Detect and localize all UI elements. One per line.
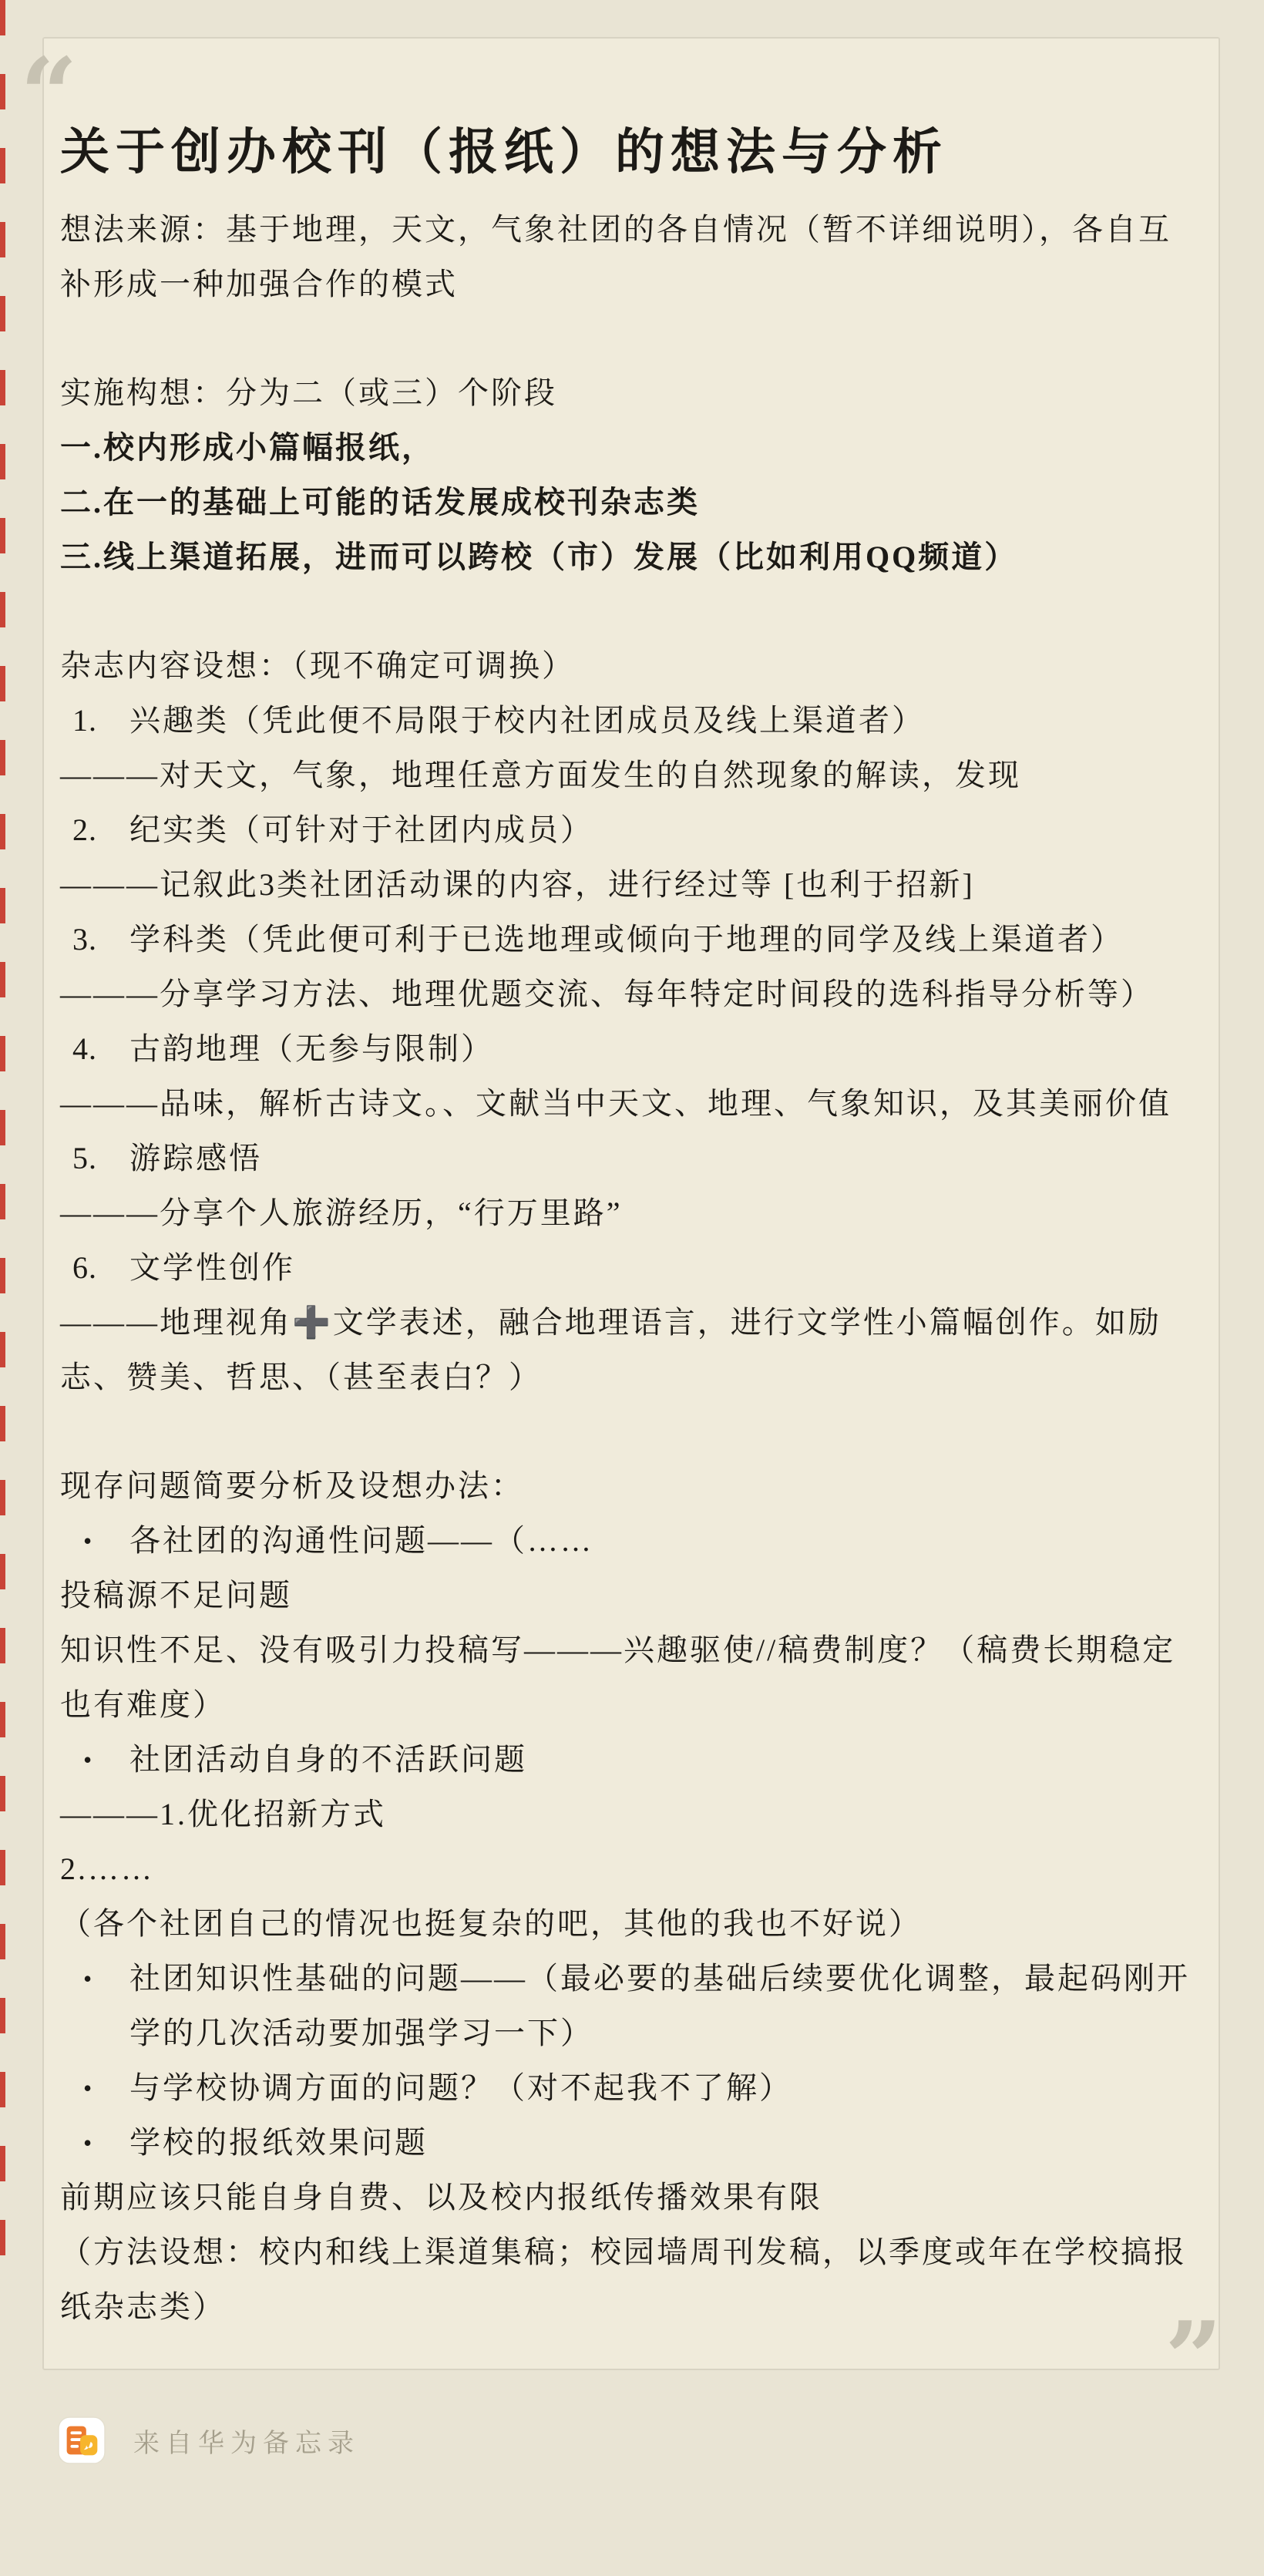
line-text: 古韵地理（无参与限制） (129, 1031, 494, 1066)
line-text: 知识性不足、没有吸引力投稿写———兴趣驱使//稿费制度？（稿费长期稳定也有难度） (60, 1633, 1175, 1722)
line-text: 想法来源：基于地理，天文，气象社团的各自情况（暂不详细说明），各自互补形成一种加… (60, 212, 1172, 301)
line-text: 投稿源不足问题 (60, 1578, 292, 1613)
line-text: 二.在一的基础上可能的话发展成校刊杂志类 (60, 485, 700, 520)
note-line: ———品味，解析古诗文。、文献当中天文、地理、气象知识，及其美丽价值 (60, 1076, 1202, 1131)
note-line: ———1.优化招新方式 (60, 1787, 1202, 1841)
note-line: 三.线上渠道拓展，进而可以跨校（市）发展（比如利用QQ频道） (60, 530, 1202, 584)
note-line: ———对天文，气象，地理任意方面发生的自然现象的解读，发现 (60, 748, 1202, 802)
note-line: 3.学科类（凭此便可利于已选地理或倾向于地理的同学及线上渠道者） (60, 912, 1202, 967)
line-text: 社团活动自身的不活跃问题 (129, 1742, 527, 1777)
red-edge-indicator (0, 0, 5, 2274)
line-text: （方法设想：校内和线上渠道集稿；校园墙周刊发稿，以季度或年在学校搞报纸杂志类） (60, 2235, 1187, 2324)
note-line: 4.古韵地理（无参与限制） (60, 1021, 1202, 1076)
note-line: 实施构想：分为二（或三）个阶段 (60, 365, 1202, 420)
bullet-icon: • (83, 2061, 94, 2116)
note-line: •各社团的沟通性问题——（…… (60, 1513, 1202, 1568)
line-text: 一.校内形成小篇幅报纸， (60, 430, 435, 465)
note-line: 1.兴趣类（凭此便不局限于校内社团成员及线上渠道者） (60, 693, 1202, 748)
line-text: （各个社团自己的情况也挺复杂的吧，其他的我也不好说） (60, 1906, 922, 1941)
line-text: 杂志内容设想：（现不确定可调换） (60, 648, 575, 683)
note-line: 2.…… (60, 1841, 1202, 1896)
bullet-icon: • (83, 2116, 94, 2171)
note-line (60, 1404, 1202, 1458)
note-line: 前期应该只能自身自费、以及校内报纸传播效果有限 (60, 2170, 1202, 2225)
line-text: 学科类（凭此便可利于已选地理或倾向于地理的同学及线上渠道者） (129, 922, 1124, 957)
line-text: 与学校协调方面的问题？（对不起我不了解） (129, 2070, 792, 2105)
line-text: 2.…… (60, 1851, 154, 1886)
note-line: 现存问题简要分析及设想办法： (60, 1458, 1202, 1513)
line-text: ———地理视角➕文学表述，融合地理语言，进行文学性小篇幅创作。如励志、赞美、哲思… (60, 1305, 1161, 1394)
line-text: 纪实类（可针对于社团内成员） (129, 812, 593, 847)
line-number-marker: 2. (72, 802, 97, 857)
open-quote-icon: “ (20, 45, 78, 145)
line-number-marker: 3. (72, 912, 97, 967)
line-text: ———记叙此3类社团活动课的内容，进行经过等 [也利于招新] (60, 867, 975, 902)
note-line: 二.在一的基础上可能的话发展成校刊杂志类 (60, 475, 1202, 530)
note-line: •与学校协调方面的问题？（对不起我不了解） (60, 2060, 1202, 2115)
notes-app-icon (58, 2416, 106, 2464)
note-line: ———分享个人旅游经历，“行万里路” (60, 1185, 1202, 1240)
line-text: ———分享学习方法、地理优题交流、每年特定时间段的选科指导分析等） (60, 977, 1154, 1011)
note-line: 投稿源不足问题 (60, 1568, 1202, 1623)
note-line: ———分享学习方法、地理优题交流、每年特定时间段的选科指导分析等） (60, 967, 1202, 1021)
line-text: 前期应该只能自身自费、以及校内报纸传播效果有限 (60, 2180, 822, 2214)
footer-source-label: 来自华为备忘录 (133, 2422, 360, 2460)
footer: 来自华为备忘录 (58, 2416, 360, 2464)
page-title: 关于创办校刊（报纸）的想法与分析 (60, 116, 1202, 190)
line-text: 兴趣类（凭此便不局限于校内社团成员及线上渠道者） (129, 703, 925, 738)
note-line: •社团活动自身的不活跃问题 (60, 1732, 1202, 1787)
bullet-icon: • (83, 1952, 94, 2006)
line-text: ———品味，解析古诗文。、文献当中天文、地理、气象知识，及其美丽价值 (60, 1086, 1172, 1121)
note-body: 想法来源：基于地理，天文，气象社团的各自情况（暂不详细说明），各自互补形成一种加… (60, 202, 1202, 2334)
line-text: 游踪感悟 (129, 1141, 262, 1175)
bullet-icon: • (83, 1514, 94, 1569)
line-text: 学校的报纸效果问题 (129, 2125, 428, 2160)
bullet-icon: • (83, 1733, 94, 1787)
note-line: 一.校内形成小篇幅报纸， (60, 420, 1202, 475)
note-line: 想法来源：基于地理，天文，气象社团的各自情况（暂不详细说明），各自互补形成一种加… (60, 202, 1202, 311)
line-text: ———对天文，气象，地理任意方面发生的自然现象的解读，发现 (60, 758, 1021, 792)
note-line: （各个社团自己的情况也挺复杂的吧，其他的我也不好说） (60, 1896, 1202, 1951)
line-text: 文学性创作 (129, 1250, 295, 1285)
note-line (60, 584, 1202, 638)
close-quote-icon: ” (1165, 2309, 1222, 2409)
page: { "page": { "bg": "#e9e4d4", "card_bg": … (0, 0, 1264, 2576)
line-text: 各社团的沟通性问题——（…… (129, 1523, 593, 1558)
note-content: 关于创办校刊（报纸）的想法与分析 想法来源：基于地理，天文，气象社团的各自情况（… (60, 116, 1202, 2334)
note-line (60, 311, 1202, 365)
note-line: •学校的报纸效果问题 (60, 2115, 1202, 2170)
line-text: ———1.优化招新方式 (60, 1797, 386, 1831)
note-line: 知识性不足、没有吸引力投稿写———兴趣驱使//稿费制度？（稿费长期稳定也有难度） (60, 1623, 1202, 1732)
line-text: 三.线上渠道拓展，进而可以跨校（市）发展（比如利用QQ频道） (60, 540, 1017, 574)
note-line: （方法设想：校内和线上渠道集稿；校园墙周刊发稿，以季度或年在学校搞报纸杂志类） (60, 2225, 1202, 2334)
note-line: 2.纪实类（可针对于社团内成员） (60, 802, 1202, 857)
line-text: 现存问题简要分析及设想办法： (60, 1468, 524, 1503)
line-text: ———分享个人旅游经历，“行万里路” (60, 1196, 623, 1230)
line-text: 实施构想：分为二（或三）个阶段 (60, 375, 557, 410)
line-number-marker: 5. (72, 1131, 97, 1185)
line-number-marker: 1. (72, 693, 97, 748)
note-line: ———记叙此3类社团活动课的内容，进行经过等 [也利于招新] (60, 857, 1202, 912)
note-line: 杂志内容设想：（现不确定可调换） (60, 638, 1202, 693)
note-line: ———地理视角➕文学表述，融合地理语言，进行文学性小篇幅创作。如励志、赞美、哲思… (60, 1295, 1202, 1404)
note-line: 6.文学性创作 (60, 1240, 1202, 1295)
line-text: 社团知识性基础的问题——（最必要的基础后续要优化调整，最起码刚开学的几次活动要加… (129, 1961, 1190, 2050)
line-number-marker: 4. (72, 1021, 97, 1076)
note-line: •社团知识性基础的问题——（最必要的基础后续要优化调整，最起码刚开学的几次活动要… (60, 1951, 1202, 2060)
note-line: 5.游踪感悟 (60, 1131, 1202, 1185)
line-number-marker: 6. (72, 1240, 97, 1295)
